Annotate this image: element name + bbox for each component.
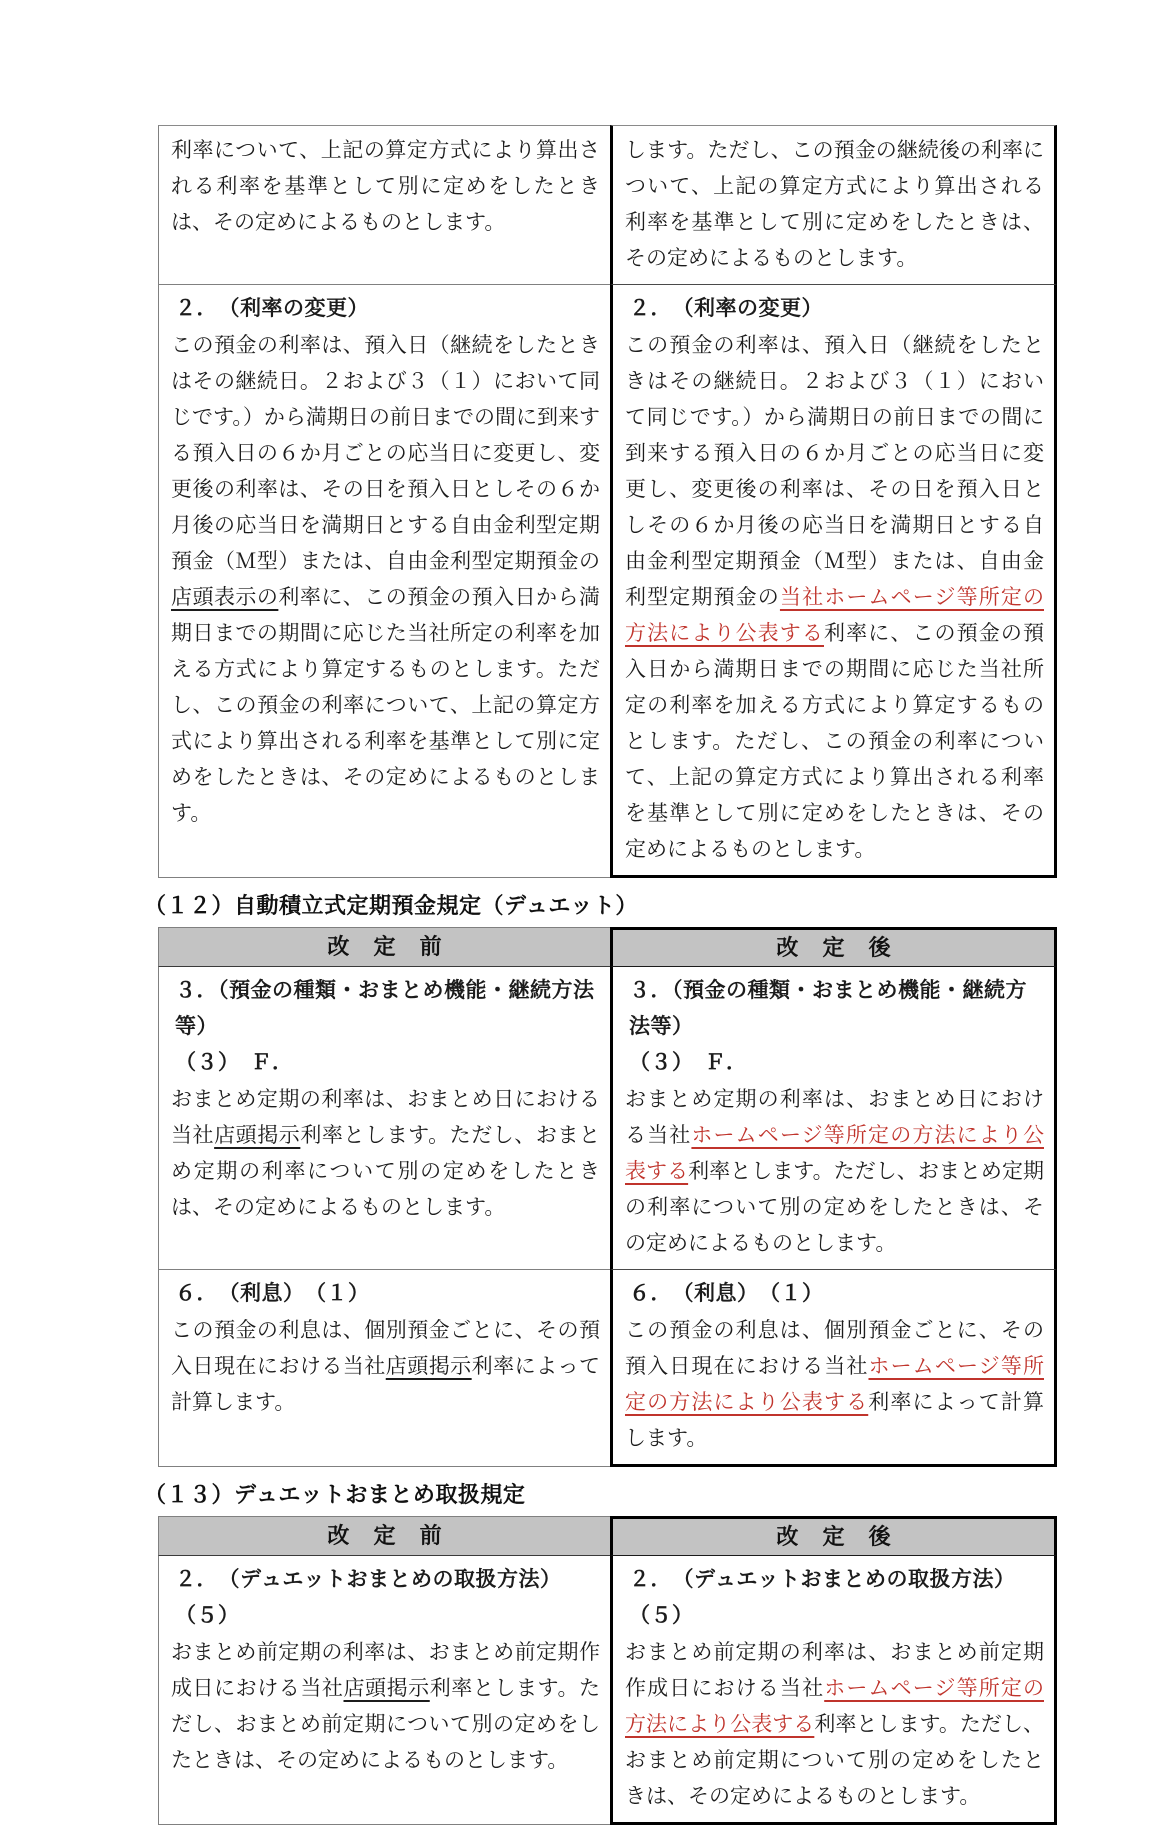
header-cell-before: 改 定 前 [158, 927, 610, 967]
table-header-row: 改 定 前 改 定 後 [158, 927, 1057, 967]
clause-heading: ２． （利率の変更） [625, 291, 1044, 327]
plain-text: 利率とします。ただし、おまとめ定期の利率について別の定めをしたときは、その定めに… [625, 1159, 1044, 1255]
clause-body: おまとめ定期の利率は、おまとめ日における当社店頭掲示利率とします。ただし、おまと… [171, 1081, 600, 1225]
table-header-row: 改 定 前 改 定 後 [158, 1516, 1057, 1556]
cell-before-rate-change-clause: ２． （利率の変更）この預金の利率は、預入日（継続をしたときはその継続日。２およ… [158, 285, 610, 878]
plain-text: 利率に、この預金の預入日から満期日までの期間に応じた当社所定の利率を加える方式に… [171, 585, 600, 825]
cell-after-interest-rate-clause: します。ただし、この預金の継続後の利率について、上記の算定方式により算出される利… [610, 125, 1057, 285]
clause-body: おまとめ前定期の利率は、おまとめ前定期作成日における当社ホームページ等所定の方法… [625, 1634, 1044, 1814]
cell-before-consolidation-clause: ２． （デュエットおまとめの取扱方法） （５）おまとめ前定期の利率は、おまとめ前… [158, 1556, 610, 1825]
cell-after-consolidation-clause: ２． （デュエットおまとめの取扱方法） （５）おまとめ前定期の利率は、おまとめ前… [610, 1556, 1057, 1825]
clause-heading: ２． （デュエットおまとめの取扱方法） （５） [171, 1562, 600, 1634]
underlined-text: 店頭掲示 [386, 1354, 472, 1378]
clause-body: この預金の利率は、預入日（継続をしたときはその継続日。２および３（１）において同… [625, 327, 1044, 867]
cell-after-rate-change-clause: ２． （利率の変更）この預金の利率は、預入日（継続をしたときはその継続日。２およ… [610, 285, 1057, 878]
clause-body: します。ただし、この預金の継続後の利率について、上記の算定方式により算出される利… [625, 132, 1044, 276]
clause-heading: ３．（預金の種類・おまとめ機能・継続方法等） [171, 973, 600, 1045]
clause-heading: （３） Ｆ． [171, 1045, 600, 1081]
header-cell-after: 改 定 後 [610, 927, 1057, 967]
table-row: ３．（預金の種類・おまとめ機能・継続方法等）（３） Ｆ．おまとめ定期の利率は、お… [158, 967, 1057, 1270]
after-revision-label: 改 定 後 [767, 930, 899, 966]
underlined-text: 店頭掲示 [214, 1123, 300, 1147]
table-row: 利率について、上記の算定方式により算出される利率を基準として別に定めをしたときは… [158, 125, 1057, 285]
plain-text: ２． （デュエットおまとめの取扱方法） （５） [175, 1568, 572, 1627]
revision-table-duet-consolidation: 改 定 前 改 定 後 ２． （デュエットおまとめの取扱方法） （５）おまとめ前… [158, 1516, 1057, 1825]
before-revision-label: 改 定 前 [318, 1518, 450, 1554]
plain-text: （３） Ｆ． [629, 1051, 748, 1074]
cell-before-deposit-type-clause: ３．（預金の種類・おまとめ機能・継続方法等）（３） Ｆ．おまとめ定期の利率は、お… [158, 967, 610, 1270]
underlined-text: 店頭表示の [171, 585, 278, 609]
plain-text: ３．（預金の種類・おまとめ機能・継続方法等） [175, 979, 595, 1038]
plain-text: この預金の利率は、預入日（継続をしたときはその継続日。２および３（１）において同… [625, 333, 1044, 609]
plain-text: ２． （デュエットおまとめの取扱方法） （５） [629, 1568, 1026, 1627]
clause-heading: ６． （利息） （１） [625, 1276, 1044, 1312]
clause-body: この預金の利息は、個別預金ごとに、その預入日現在における当社ホームページ等所定の… [625, 1312, 1044, 1456]
clause-heading: ２． （デュエットおまとめの取扱方法） （５） [625, 1562, 1044, 1634]
before-revision-label: 改 定 前 [318, 929, 450, 965]
clause-heading: ６． （利息） （１） [171, 1276, 600, 1312]
table-row: ２． （デュエットおまとめの取扱方法） （５）おまとめ前定期の利率は、おまとめ前… [158, 1556, 1057, 1825]
header-cell-after: 改 定 後 [610, 1516, 1057, 1556]
cell-before-interest-clause: ６． （利息） （１）この預金の利息は、個別預金ごとに、その預入日現在における当… [158, 1270, 610, 1467]
clause-body: 利率について、上記の算定方式により算出される利率を基準として別に定めをしたときは… [171, 132, 600, 240]
table-row: ６． （利息） （１）この預金の利息は、個別預金ごとに、その預入日現在における当… [158, 1270, 1057, 1467]
underlined-text: 店頭掲示 [344, 1676, 430, 1700]
plain-text: この預金の利率は、預入日（継続をしたときはその継続日。２および３（１）において同… [171, 333, 600, 573]
clause-body: おまとめ前定期の利率は、おまとめ前定期作成日における当社店頭掲示利率とします。た… [171, 1634, 600, 1778]
clause-body: おまとめ定期の利率は、おまとめ日における当社ホームページ等所定の方法により公表す… [625, 1081, 1044, 1261]
clause-body: この預金の利率は、預入日（継続をしたときはその継続日。２および３（１）において同… [171, 327, 600, 831]
table-row: ２． （利率の変更）この預金の利率は、預入日（継続をしたときはその継続日。２およ… [158, 285, 1057, 878]
header-cell-before: 改 定 前 [158, 1516, 610, 1556]
cell-before-interest-rate-clause: 利率について、上記の算定方式により算出される利率を基準として別に定めをしたときは… [158, 125, 610, 285]
plain-text: （３） Ｆ． [175, 1051, 294, 1074]
cell-after-deposit-type-clause: ３．（預金の種類・おまとめ機能・継続方法等）（３） Ｆ．おまとめ定期の利率は、お… [610, 967, 1057, 1270]
revision-table-duet-deposit: 改 定 前 改 定 後 ３．（預金の種類・おまとめ機能・継続方法等）（３） Ｆ．… [158, 927, 1057, 1467]
section-title-13: （１３）デュエットおまとめ取扱規定 [144, 1478, 1057, 1509]
after-revision-label: 改 定 後 [767, 1519, 899, 1555]
revision-table-continued: 利率について、上記の算定方式により算出される利率を基準として別に定めをしたときは… [158, 125, 1057, 878]
plain-text: ２． （利率の変更） [175, 297, 369, 320]
clause-heading: （３） Ｆ． [625, 1045, 1044, 1081]
plain-text: ６． （利息） （１） [629, 1282, 824, 1305]
plain-text: します。ただし、この預金の継続後の利率について、上記の算定方式により算出される利… [625, 138, 1044, 270]
plain-text: ３．（預金の種類・おまとめ機能・継続方法等） [629, 979, 1027, 1038]
clause-body: この預金の利息は、個別預金ごとに、その預入日現在における当社店頭掲示利率によって… [171, 1312, 600, 1420]
plain-text: 利率について、上記の算定方式により算出される利率を基準として別に定めをしたときは… [171, 138, 600, 234]
plain-text: ２． （利率の変更） [629, 297, 823, 320]
section-title-12: （１２）自動積立式定期預金規定（デュエット） [144, 889, 1057, 920]
clause-heading: ２． （利率の変更） [171, 291, 600, 327]
document-page: 利率について、上記の算定方式により算出される利率を基準として別に定めをしたときは… [158, 125, 1057, 1825]
cell-after-interest-clause: ６． （利息） （１）この預金の利息は、個別預金ごとに、その預入日現在における当… [610, 1270, 1057, 1467]
clause-heading: ３．（預金の種類・おまとめ機能・継続方法等） [625, 973, 1044, 1045]
plain-text: 利率に、この預金の預入日から満期日までの期間に応じた当社所定の利率を加える方式に… [625, 621, 1044, 861]
plain-text: ６． （利息） （１） [175, 1282, 370, 1305]
